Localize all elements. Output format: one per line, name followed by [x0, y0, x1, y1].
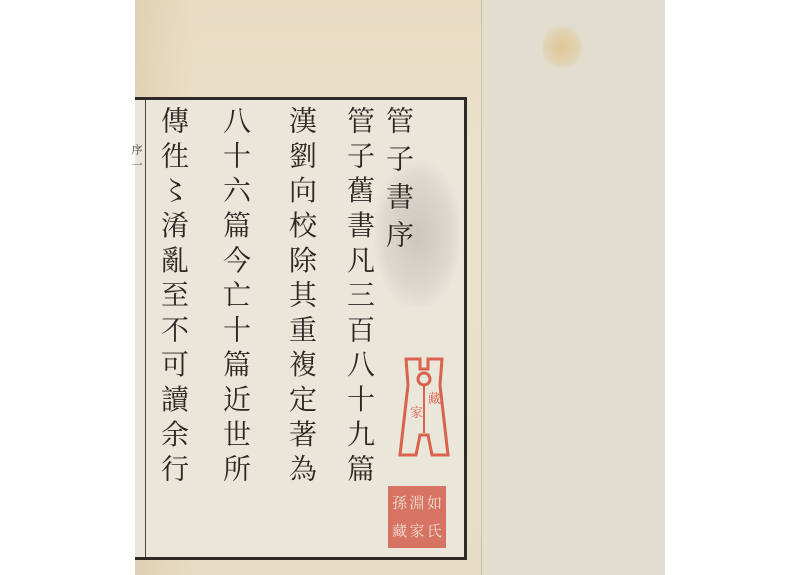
- foxing-stain: [542, 24, 582, 70]
- column-line-2: 漢劉向校除其重複定著為: [283, 106, 319, 554]
- book-spread: 序一 管子書序 管子舊書凡三百八十九篇 漢劉向校除其重複定著為 八十六篇今亡十篇…: [135, 0, 664, 575]
- text-frame: 序一 管子書序 管子舊書凡三百八十九篇 漢劉向校除其重複定著為 八十六篇今亡十篇…: [135, 97, 467, 560]
- right-blank-page: [481, 0, 665, 575]
- margin-rule: [145, 100, 146, 557]
- left-page: 序一 管子書序 管子舊書凡三百八十九篇 漢劉向校除其重複定著為 八十六篇今亡十篇…: [135, 0, 481, 575]
- svg-text:藏: 藏: [428, 391, 441, 407]
- column-line-1: 管子舊書凡三百八十九篇: [341, 106, 377, 554]
- column-line-3: 八十六篇今亡十篇近世所: [217, 106, 253, 554]
- margin-label: 序一: [133, 144, 145, 174]
- svg-text:家: 家: [410, 406, 423, 421]
- column-line-4: 傳徃〻淆亂至不可讀余行: [155, 106, 191, 554]
- square-seal: 孫淵如 藏家氏: [388, 486, 446, 548]
- spade-coin-seal-icon: 家 藏: [398, 355, 450, 463]
